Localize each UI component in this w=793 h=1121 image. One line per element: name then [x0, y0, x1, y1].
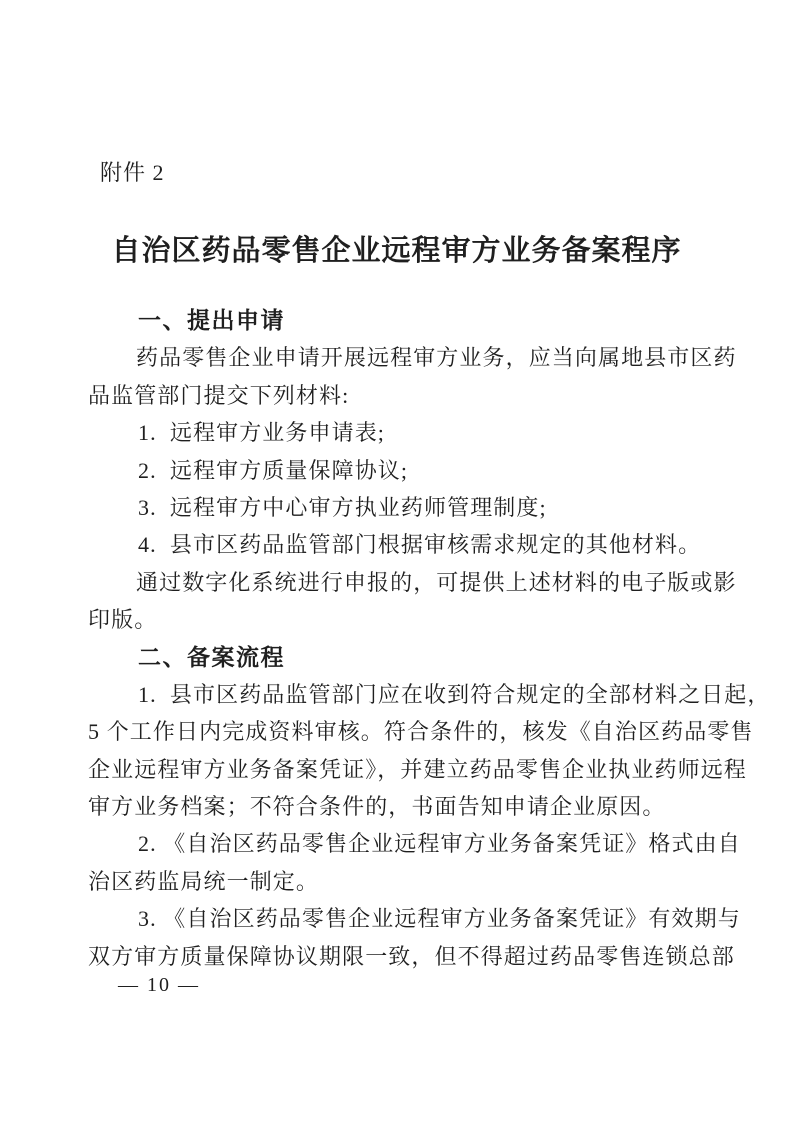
- section-heading-1: 一、提出申请: [88, 302, 733, 339]
- document-title: 自治区药品零售企业远程审方业务备案程序: [0, 228, 793, 269]
- paragraph-line: 治区药监局统一制定。: [88, 863, 733, 900]
- paragraph-line: 印版。: [88, 601, 733, 638]
- paragraph-line: 通过数字化系统进行申报的，可提供上述材料的电子版或影: [88, 564, 733, 601]
- document-body: 一、提出申请 药品零售企业申请开展远程审方业务，应当向属地县市区药 品监管部门提…: [88, 302, 733, 975]
- paragraph-line: 5 个工作日内完成资料审核。符合条件的，核发《自治区药品零售: [88, 713, 733, 750]
- list-item-2: 2. 远程审方质量保障协议;: [88, 452, 733, 489]
- paragraph-line: 审方业务档案；不符合条件的，书面告知申请企业原因。: [88, 788, 733, 825]
- page-number: — 10 —: [118, 974, 200, 997]
- document-page: 附件 2 自治区药品零售企业远程审方业务备案程序 一、提出申请 药品零售企业申请…: [0, 0, 793, 1121]
- paragraph-line: 双方审方质量保障协议期限一致，但不得超过药品零售连锁总部: [88, 938, 733, 975]
- paragraph-line: 药品零售企业申请开展远程审方业务，应当向属地县市区药: [88, 339, 733, 376]
- numbered-paragraph-2: 2. 《自治区药品零售企业远程审方业务备案凭证》格式由自: [88, 825, 733, 862]
- list-item-4: 4. 县市区药品监管部门根据审核需求规定的其他材料。: [88, 526, 733, 563]
- paragraph-line: 企业远程审方业务备案凭证》，并建立药品零售企业执业药师远程: [88, 751, 733, 788]
- numbered-paragraph-3: 3. 《自治区药品零售企业远程审方业务备案凭证》有效期与: [88, 900, 733, 937]
- paragraph-line: 品监管部门提交下列材料:: [88, 377, 733, 414]
- section-heading-2: 二、备案流程: [88, 639, 733, 676]
- numbered-paragraph-1: 1. 县市区药品监管部门应在收到符合规定的全部材料之日起，: [88, 676, 733, 713]
- attachment-label: 附件 2: [100, 156, 165, 187]
- list-item-3: 3. 远程审方中心审方执业药师管理制度;: [88, 489, 733, 526]
- list-item-1: 1. 远程审方业务申请表;: [88, 414, 733, 451]
